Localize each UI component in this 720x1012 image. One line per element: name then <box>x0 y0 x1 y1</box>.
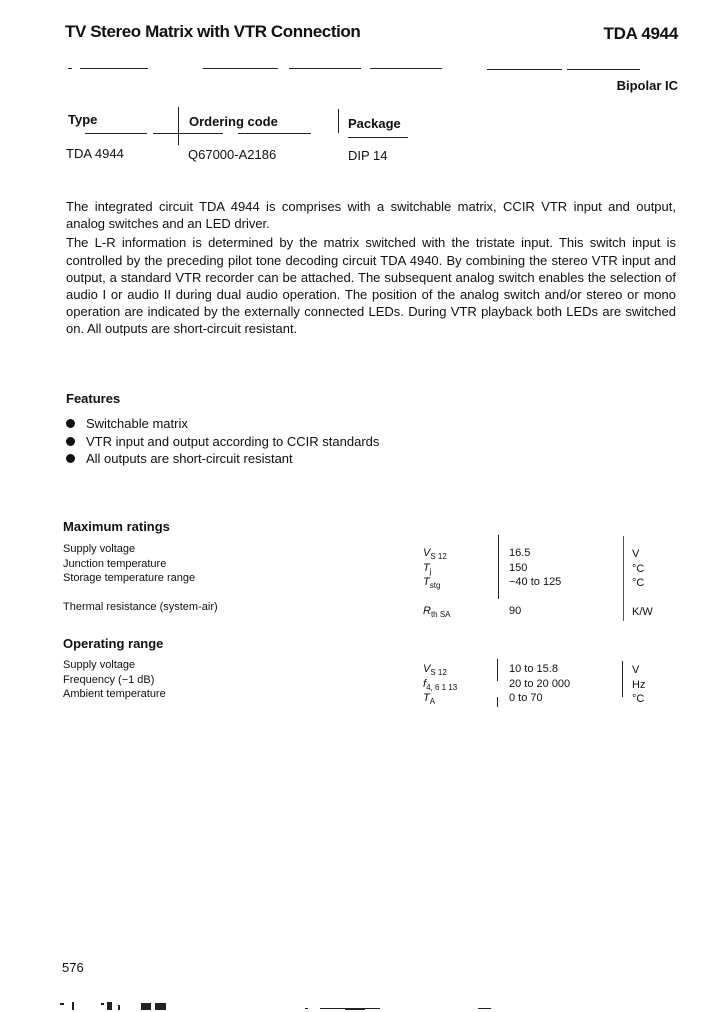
spec-label: Supply voltage <box>63 542 218 557</box>
column-header-ordering-code: Ordering code <box>189 114 278 129</box>
spec-value: 20 to 20 000 <box>509 677 570 692</box>
spec-symbol: Rth SA <box>423 604 451 619</box>
spec-unit: V <box>632 547 653 562</box>
spec-value: 150 <box>509 561 561 576</box>
features-list: Switchable matrix VTR input and output a… <box>66 415 379 468</box>
description-paragraph: The integrated circuit TDA 4944 is compr… <box>66 198 676 232</box>
column-divider <box>497 659 498 681</box>
spec-value: 90 <box>509 604 561 619</box>
column-divider <box>498 535 499 599</box>
page-number: 576 <box>62 960 84 975</box>
spec-label: Ambient temperature <box>63 687 166 702</box>
spec-symbol: f4, 6 1 13 <box>423 677 457 692</box>
spec-unit: °C <box>632 562 653 577</box>
spec-symbol: VS 12 <box>423 546 451 561</box>
table-cell-package: DIP 14 <box>348 148 388 163</box>
column-header-type: Type <box>68 112 97 127</box>
spec-symbol: Tstg <box>423 575 451 590</box>
table-cell-ordering-code: Q67000-A2186 <box>188 147 276 162</box>
spec-symbol: TA <box>423 691 457 706</box>
spec-unit: °C <box>632 692 645 707</box>
spec-label: Thermal resistance (system-air) <box>63 600 218 615</box>
description-paragraph: The L-R information is determined by the… <box>66 234 676 337</box>
part-number: TDA 4944 <box>604 24 678 44</box>
document-title: TV Stereo Matrix with VTR Connection <box>65 22 360 42</box>
spec-unit: K/W <box>632 605 653 620</box>
spec-label: Supply voltage <box>63 658 166 673</box>
column-divider <box>497 697 498 707</box>
table-cell-type: TDA 4944 <box>66 146 124 161</box>
bullet-icon <box>66 419 75 428</box>
operating-range-heading: Operating range <box>63 636 163 651</box>
spec-unit: °C <box>632 576 653 591</box>
column-divider <box>623 536 624 621</box>
spec-value: 10 to 15.8 <box>509 662 570 677</box>
spec-unit: Hz <box>632 678 645 693</box>
description: The integrated circuit TDA 4944 is compr… <box>66 198 676 340</box>
column-header-package: Package <box>348 116 401 131</box>
column-divider <box>338 109 339 133</box>
maximum-ratings-heading: Maximum ratings <box>63 519 170 534</box>
column-divider <box>178 107 179 145</box>
spec-value: 16.5 <box>509 546 561 561</box>
list-item: VTR input and output according to CCIR s… <box>66 433 379 451</box>
spec-label: Frequency (−1 dB) <box>63 673 166 688</box>
spec-value: 0 to 70 <box>509 691 570 706</box>
spec-label: Storage temperature range <box>63 571 218 586</box>
spec-symbol: Tj <box>423 561 451 576</box>
spec-label: Junction temperature <box>63 557 218 572</box>
spec-value: −40 to 125 <box>509 575 561 590</box>
list-item: Switchable matrix <box>66 415 379 433</box>
bullet-icon <box>66 454 75 463</box>
spec-unit: V <box>632 663 645 678</box>
column-divider <box>622 661 623 697</box>
features-heading: Features <box>66 391 120 406</box>
device-category: Bipolar IC <box>617 78 678 93</box>
spec-symbol: VS 12 <box>423 662 457 677</box>
bullet-icon <box>66 437 75 446</box>
list-item: All outputs are short-circuit resistant <box>66 450 379 468</box>
